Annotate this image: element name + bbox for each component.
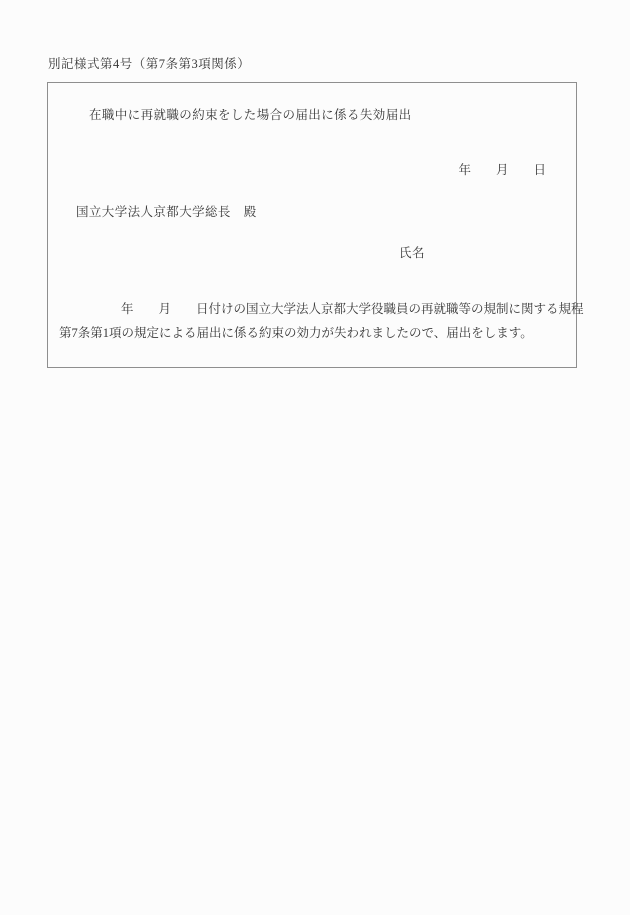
document-page: 別記様式第4号（第7条第3項関係） 在職中に再就職の約束をした場合の届出に係る失…	[0, 0, 630, 915]
date-line: 年 月 日	[458, 163, 546, 178]
form-box: 在職中に再就職の約束をした場合の届出に係る失効届出 年 月 日 国立大学法人京都…	[47, 82, 577, 368]
form-title: 在職中に再就職の約束をした場合の届出に係る失効届出	[89, 108, 412, 123]
body-text-line-2: 第7条第1項の規定による届出に係る約束の効力が失われましたので、届出をします。	[59, 326, 533, 341]
body-text-line-1: 年 月 日付けの国立大学法人京都大学役職員の再就職等の規制に関する規程	[121, 302, 584, 317]
recipient-line: 国立大学法人京都大学総長 殿	[76, 205, 257, 220]
name-label: 氏名	[399, 246, 425, 261]
form-number-label: 別記様式第4号（第7条第3項関係）	[48, 57, 250, 72]
